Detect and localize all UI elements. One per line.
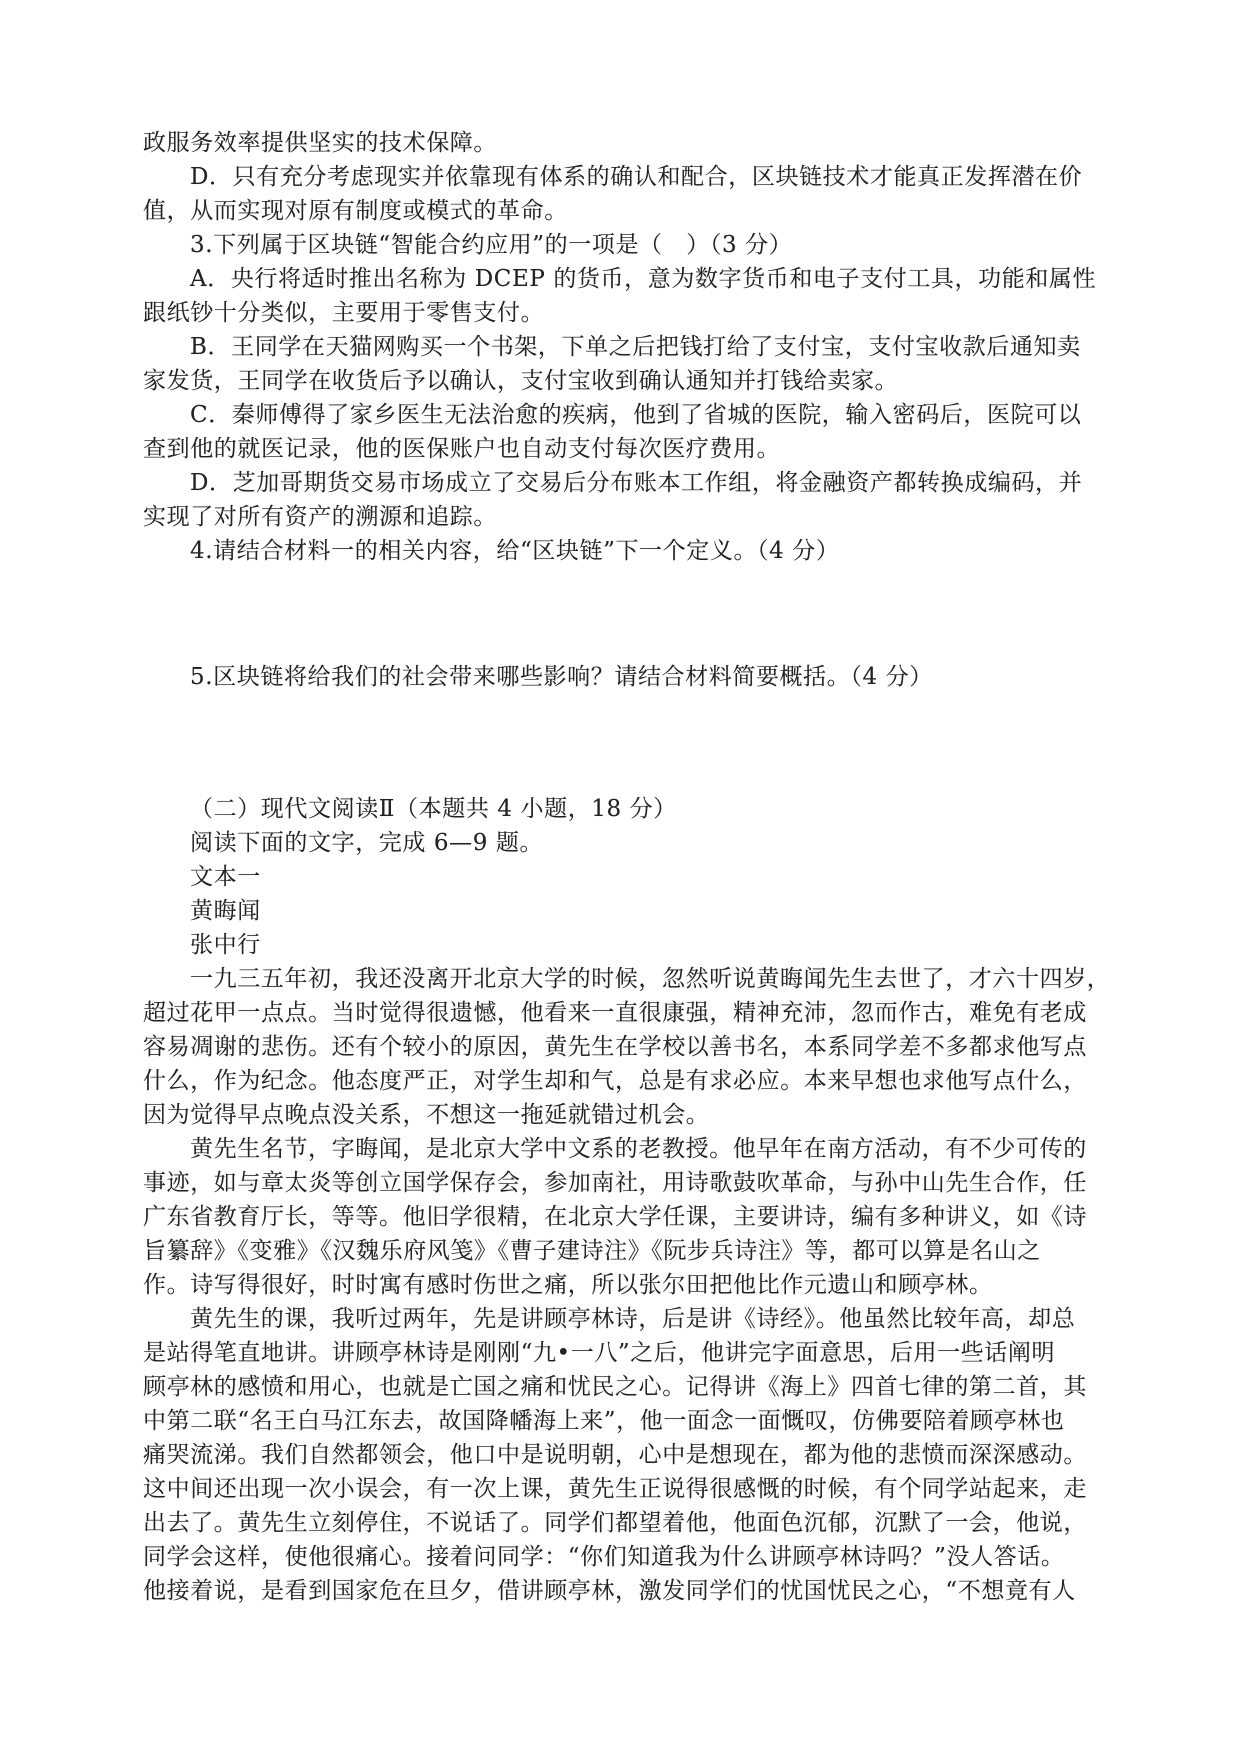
text-line: 查到他的就医记录，他的医保账户也自动支付每次医疗费用。 bbox=[143, 432, 1105, 466]
text-line: 一九三五年初，我还没离开北京大学的时候，忽然听说黄晦闻先生去世了，才六十四岁， bbox=[143, 962, 1105, 996]
text-line: 3.下列属于区块链“智能合约应用”的一项是（ ）（3 分） bbox=[143, 228, 1105, 262]
text-line: 值，从而实现对原有制度或模式的革命。 bbox=[143, 194, 1105, 228]
text-line: 旨纂辞》《变雅》《汉魏乐府风笺》《曹子建诗注》《阮步兵诗注》等，都可以算是名山之 bbox=[143, 1234, 1105, 1268]
text-line: 是站得笔直地讲。讲顾亭林诗是刚刚“九•一八”之后，他讲完字面意思，后用一些话阐明 bbox=[143, 1336, 1105, 1370]
text-line: 黄晦闻 bbox=[143, 894, 1105, 928]
text-line: 超过花甲一点点。当时觉得很遗憾，他看来一直很康强，精神充沛，忽而作古，难免有老成 bbox=[143, 996, 1105, 1030]
text-line: C．秦师傅得了家乡医生无法治愈的疾病，他到了省城的医院，输入密码后，医院可以 bbox=[143, 398, 1105, 432]
text-line: 中第二联“名王白马江东去，故国降幡海上来”，他一面念一面慨叹，仿佛要陪着顾亭林也 bbox=[143, 1404, 1105, 1438]
text-line: 同学会这样，使他很痛心。接着问同学：“你们知道我为什么讲顾亭林诗吗？”没人答话。 bbox=[143, 1540, 1105, 1574]
text-line: 他接着说，是看到国家危在旦夕，借讲顾亭林，激发同学们的忧国忧民之心，“不想竟有人 bbox=[143, 1574, 1105, 1608]
text-line: 这中间还出现一次小误会，有一次上课，黄先生正说得很感慨的时候，有个同学站起来，走 bbox=[143, 1472, 1105, 1506]
text-line: 顾亭林的感愤和用心，也就是亡国之痛和忧民之心。记得讲《海上》四首七律的第二首，其 bbox=[143, 1370, 1105, 1404]
text-line: 什么，作为纪念。他态度严正，对学生却和气，总是有求必应。本来早想也求他写点什么， bbox=[143, 1064, 1105, 1098]
text-line: 黄先生名节，字晦闻，是北京大学中文系的老教授。他早年在南方活动，有不少可传的 bbox=[143, 1132, 1105, 1166]
text-line: 实现了对所有资产的溯源和追踪。 bbox=[143, 500, 1105, 534]
text-line: 跟纸钞十分类似，主要用于零售支付。 bbox=[143, 296, 1105, 330]
text-line: 作。诗写得很好，时时寓有感时伤世之痛，所以张尔田把他比作元遗山和顾亭林。 bbox=[143, 1268, 1105, 1302]
text-line: 政服务效率提供坚实的技术保障。 bbox=[143, 126, 1105, 160]
text-line: 容易凋谢的悲伤。还有个较小的原因，黄先生在学校以善书名，本系同学差不多都求他写点 bbox=[143, 1030, 1105, 1064]
text-line: 5.区块链将给我们的社会带来哪些影响？请结合材料简要概括。（4 分） bbox=[143, 660, 1105, 694]
text-line: （二）现代文阅读Ⅱ（本题共 4 小题，18 分） bbox=[143, 792, 1105, 826]
text-line: 张中行 bbox=[143, 928, 1105, 962]
text-line: 家发货，王同学在收货后予以确认，支付宝收到确认通知并打钱给卖家。 bbox=[143, 364, 1105, 398]
text-line: 4.请结合材料一的相关内容，给“区块链”下一个定义。（4 分） bbox=[143, 534, 1105, 568]
text-line: 因为觉得早点晚点没关系，不想这一拖延就错过机会。 bbox=[143, 1098, 1105, 1132]
exam-document-page: 政服务效率提供坚实的技术保障。D．只有充分考虑现实并依靠现有体系的确认和配合，区… bbox=[0, 0, 1240, 1753]
text-line: D．芝加哥期货交易市场成立了交易后分布账本工作组，将金融资产都转换成编码，并 bbox=[143, 466, 1105, 500]
text-line: 黄先生的课，我听过两年，先是讲顾亭林诗，后是讲《诗经》。他虽然比较年高，却总 bbox=[143, 1302, 1105, 1336]
text-line: A．央行将适时推出名称为 DCEP 的货币，意为数字货币和电子支付工具，功能和属… bbox=[143, 262, 1105, 296]
text-line: 阅读下面的文字，完成 6—9 题。 bbox=[143, 826, 1105, 860]
document-body: 政服务效率提供坚实的技术保障。D．只有充分考虑现实并依靠现有体系的确认和配合，区… bbox=[143, 126, 1105, 1608]
text-line: 文本一 bbox=[143, 860, 1105, 894]
text-line: D．只有充分考虑现实并依靠现有体系的确认和配合，区块链技术才能真正发挥潜在价 bbox=[143, 160, 1105, 194]
text-line: 痛哭流涕。我们自然都领会，他口中是说明朝，心中是想现在，都为他的悲愤而深深感动。 bbox=[143, 1438, 1105, 1472]
text-line: B．王同学在天猫网购买一个书架，下单之后把钱打给了支付宝，支付宝收款后通知卖 bbox=[143, 330, 1105, 364]
text-line: 出去了。黄先生立刻停住，不说话了。同学们都望着他，他面色沉郁，沉默了一会，他说， bbox=[143, 1506, 1105, 1540]
text-line: 广东省教育厅长，等等。他旧学很精，在北京大学任课，主要讲诗，编有多种讲义，如《诗 bbox=[143, 1200, 1105, 1234]
text-line: 事迹，如与章太炎等创立国学保存会，参加南社，用诗歌鼓吹革命，与孙中山先生合作，任 bbox=[143, 1166, 1105, 1200]
